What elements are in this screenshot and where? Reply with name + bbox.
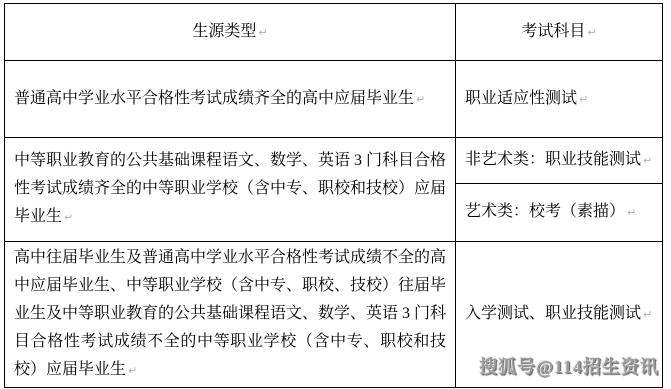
- paragraph-mark-icon: ↵: [258, 26, 267, 39]
- paragraph-mark-icon: ↵: [643, 154, 652, 167]
- cell-exam-text: 入学测试、职业技能测试: [465, 305, 641, 322]
- paragraph-mark-icon: ↵: [64, 211, 73, 224]
- table-row: 中等职业教育的公共基础课程语文、数学、英语 3 门科目合格性考试成绩齐全的中等职…: [5, 138, 663, 184]
- header-exam-subject-label: 考试科目: [521, 23, 585, 40]
- paragraph-mark-icon: ↵: [579, 93, 588, 106]
- header-exam-subject: 考试科目↵: [456, 4, 663, 61]
- cell-source-text: 中等职业教育的公共基础课程语文、数学、英语 3 门科目合格性考试成绩齐全的中等职…: [14, 152, 446, 225]
- paragraph-mark-icon: ↵: [627, 206, 636, 219]
- cell-source-text: 高中往届毕业生及普通高中学业水平合格性考试成绩不全的高中应届毕业生、中等职业学校…: [14, 249, 446, 378]
- cell-exam-text: 职业适应性测试: [465, 90, 577, 107]
- table-row: 普通高中学业水平合格性考试成绩齐全的高中应届毕业生↵ 职业适应性测试↵: [5, 61, 663, 138]
- paragraph-mark-icon: ↵: [643, 308, 652, 321]
- paragraph-mark-icon: ↵: [128, 364, 137, 377]
- cell-source-regular-hs: 普通高中学业水平合格性考试成绩齐全的高中应届毕业生↵: [5, 61, 456, 138]
- cell-source-incomplete-scores: 高中往届毕业生及普通高中学业水平合格性考试成绩不全的高中应届毕业生、中等职业学校…: [5, 242, 456, 388]
- cell-exam-text: 艺术类：校考（素描）: [465, 203, 625, 220]
- exam-requirements-table: 生源类型↵ 考试科目↵ 普通高中学业水平合格性考试成绩齐全的高中应届毕业生↵ 职…: [4, 3, 663, 388]
- table-header-row: 生源类型↵ 考试科目↵: [5, 4, 663, 61]
- cell-source-text: 普通高中学业水平合格性考试成绩齐全的高中应届毕业生: [14, 90, 414, 107]
- cell-exam-non-art: 非艺术类：职业技能测试↵: [456, 138, 663, 184]
- watermark: 搜狐号@114招生资讯: [479, 353, 659, 379]
- cell-exam-art: 艺术类：校考（素描）↵: [456, 184, 663, 242]
- cell-source-vocational: 中等职业教育的公共基础课程语文、数学、英语 3 门科目合格性考试成绩齐全的中等职…: [5, 138, 456, 242]
- header-source-type: 生源类型↵: [5, 4, 456, 61]
- cell-exam-text: 非艺术类：职业技能测试: [465, 151, 641, 168]
- paragraph-mark-icon: ↵: [587, 26, 596, 39]
- header-source-type-label: 生源类型: [192, 23, 256, 40]
- paragraph-mark-icon: ↵: [416, 93, 425, 106]
- cell-exam-aptitude-test: 职业适应性测试↵: [456, 61, 663, 138]
